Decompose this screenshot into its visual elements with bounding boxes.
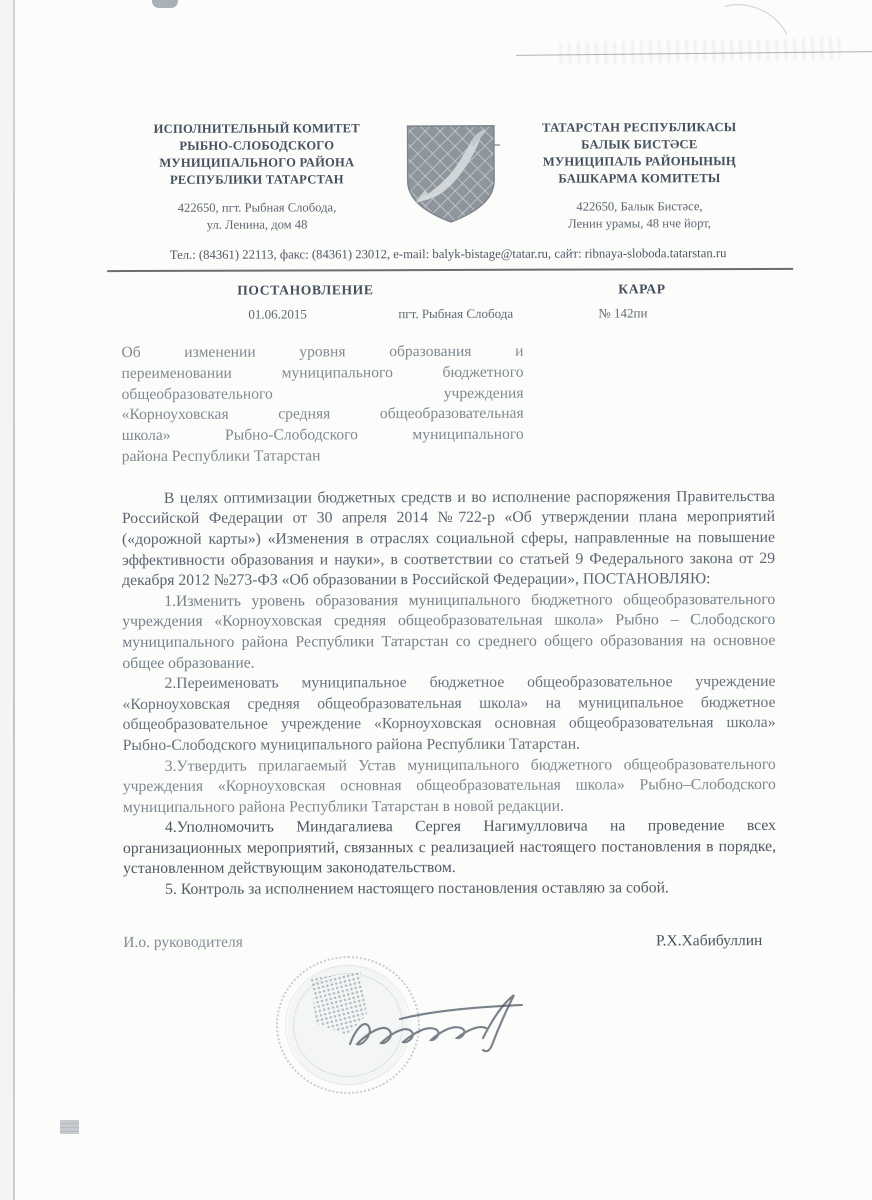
header-divider [107,268,793,272]
document-meta-row: 01.06.2015 пгт. Рыбная Слобода № 142пи [121,305,774,331]
org-name-tatar: ТАТАРСТАН РЕСПУБЛИКАСЫ БАЛЫК БИСТӘСЕ МУН… [505,109,774,232]
scan-artifact-chip [60,1120,79,1134]
coat-of-arms-emblem [403,122,503,231]
subject-line: «Корноуховская средняя общеобразовательн… [122,404,524,426]
letterhead: ИСПОЛНИТЕЛЬНЫЙ КОМИТЕТ РЫБНО-СЛОБОДСКОГО… [121,109,774,233]
address-line: 422650, Балык Бистәсе, [505,198,774,215]
signature-row: И.о. руководителя Р.Х.Хабибуллин [123,932,776,952]
org-line: РЕСПУБЛИКИ ТАТАРСТАН [121,171,393,189]
document-type-row: ПОСТАНОВЛЕНИЕ КАРАР [121,281,774,307]
org-line: БАШКАРМА КОМИТЕТЫ [505,170,774,188]
contact-info-line: Тел.: (84361) 22113, факс: (84361) 23012… [109,246,787,263]
org-address-russian: 422650, пгт. Рыбная Слобода, ул. Ленина,… [121,199,393,233]
scan-paper-edge-line [13,0,15,1200]
body-paragraph-item-2: 2.Переименовать муниципальное бюджетное … [122,672,775,756]
body-paragraph-item-4: 4.Уполномочить Миндагалиева Сергея Нагим… [123,816,776,880]
document-page: ИСПОЛНИТЕЛЬНЫЙ КОМИТЕТ РЫБНО-СЛОБОДСКОГО… [0,0,872,1200]
signer-position-title: И.о. руководителя [123,933,243,951]
org-name-russian: ИСПОЛНИТЕЛЬНЫЙ КОМИТЕТ РЫБНО-СЛОБОДСКОГО… [121,110,393,233]
handwritten-signature-icon [342,992,537,1069]
scan-artifact-arc [689,0,802,94]
document-place: пгт. Рыбная Слобода [398,306,513,322]
document-date: 01.06.2015 [248,306,307,322]
subject-line: школа» Рыбно-Слободского муниципального [122,425,524,447]
body-paragraph-item-1: 1.Изменить уровень образования муниципал… [122,590,775,674]
org-address-tatar: 422650, Балык Бистәсе, Ленин урамы, 48 н… [505,198,774,232]
address-line: 422650, пгт. Рыбная Слобода, [121,199,393,216]
document-content: ИСПОЛНИТЕЛЬНЫЙ КОМИТЕТ РЫБНО-СЛОБОДСКОГО… [121,109,777,952]
org-line: БАЛЫК БИСТӘСЕ [505,136,774,154]
doc-type-russian: ПОСТАНОВЛЕНИЕ [237,282,373,298]
org-line: МУНИЦИПАЛЬНОГО РАЙОНА [121,154,393,172]
address-line: Ленин урамы, 48 нче йорт, [505,214,774,231]
document-subject: Об изменении уровня образования и переим… [121,342,523,468]
signer-name: Р.Х.Хабибуллин [656,932,762,950]
org-line: ИСПОЛНИТЕЛЬНЫЙ КОМИТЕТ [121,120,393,138]
subject-line: переименовании муниципального бюджетного [121,363,523,385]
scan-paper-edge-band [0,0,13,1200]
body-paragraph-preamble: В целях оптимизации бюджетных средств и … [122,487,775,592]
body-paragraph-item-3: 3.Утвердить прилагаемый Устав муниципаль… [123,754,776,818]
subject-line: общеобразовательного учреждения [122,383,524,405]
org-line: РЫБНО-СЛОБОДСКОГО [121,137,393,155]
subject-line: Об изменении уровня образования и [121,342,523,364]
org-line: ТАТАРСТАН РЕСПУБЛИКАСЫ [505,119,774,137]
shield-fish-net-icon [403,213,499,230]
address-line: ул. Ленина, дом 48 [121,216,393,233]
org-line: МУНИЦИПАЛЬ РАЙОНЫНЫҢ [505,153,774,171]
document-body: В целях оптимизации бюджетных средств и … [122,487,776,901]
document-number: № 142пи [598,305,647,321]
body-paragraph-item-5: 5. Контроль за исполнением настоящего по… [123,878,776,901]
subject-line: района Республики Татарстан [122,446,524,468]
doc-type-tatar: КАРАР [618,281,665,297]
scan-artifact-blob [152,0,178,8]
